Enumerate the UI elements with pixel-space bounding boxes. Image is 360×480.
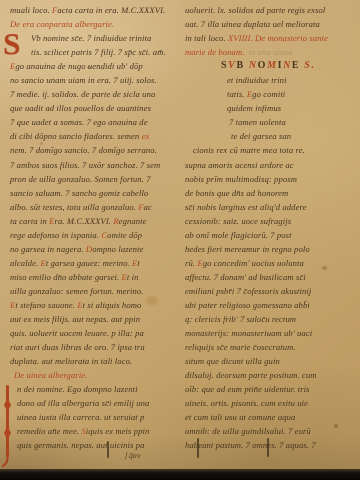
text-line: nobis prīm multimodisq: pposm (185, 172, 357, 186)
text-line: alcalde. Et garsea gauez: merino. Et (10, 256, 185, 270)
text-line: uinea iuxta illa carrera. ut seruiat p (10, 410, 185, 424)
text-line: ubi pater religioso gomessano abb̄i (185, 298, 357, 312)
text-line: et indiuidue trini (185, 73, 357, 87)
text-line: SVB NOMINE S. (185, 59, 357, 73)
text-line: situm que dicunt uilla guin (185, 354, 357, 368)
text-line: miso emilio dn̄o abbate garsei. Et in (10, 270, 185, 284)
rubric-line: marie de bonam. et una uinea (185, 45, 357, 59)
text-line: tatis. Ego comiti (185, 87, 357, 101)
text-line: cionis rex cū matre mea tota re. (185, 143, 357, 157)
text-line: Ego anauina de nugo uendidi ub' dōp (10, 59, 185, 73)
text-line: riat auri duas libras de oro. 7 ipsa tra (10, 340, 185, 354)
text-line: uineis. ortis. pisonis. cum exitu uie (185, 396, 357, 410)
text-line: et cum tali usu ut comune aqua (185, 410, 357, 424)
text-line: ta carta in Era. M.C.XXXVI. Regnante (10, 214, 185, 228)
text-line: Vb nomine sc̄e. 7 indiuidue trinita (10, 31, 185, 45)
text-line: dono ad illa albergaria sc̄i emilij una (10, 396, 185, 410)
text-line: 7 que uadet a somas. 7 ego anauina de (10, 115, 185, 129)
text-line: que uadit ad illos pouellos de auantines (10, 101, 185, 115)
text-line: quidem infimus (185, 101, 357, 115)
text-line: q: clericis frib' 7 saloc̄u rectum (185, 312, 357, 326)
decorated-initial-s: S (3, 29, 20, 59)
text-column-right: uoluerit. lx. solidos ad parte regis exs… (185, 3, 357, 453)
rubric-line: De uinea albergarie. (10, 368, 185, 382)
text-line: ab omī mole flagiciorū. 7 post (185, 228, 357, 242)
text-line: n dei nomine. Ego dompno lazenti (10, 382, 185, 396)
text-line: emiliani psbr̄i 7 c̄ofessoris akustinij (185, 284, 357, 298)
text-line: supna amoris acensi ardore ac (185, 158, 357, 172)
text-line: oīb: que ad eum ptin̄e uidentur. tris (185, 382, 357, 396)
text-line: nem. 7 domīgo sancio. 7 domīgo serrano. (10, 143, 185, 157)
text-line: te dei garsea san (185, 129, 357, 143)
text-line: duplata. aut meliorata in tali loco. (10, 354, 185, 368)
text-line: in tali loco. XVIIII. De monasterio sant… (185, 31, 357, 45)
text-line: quis. uoluerit uocem leuare. p illa: pa (10, 326, 185, 340)
text-line: uoluerit. lx. solidos ad parte regis exs… (185, 3, 357, 17)
text-line: muali loco. Facta carta in era. M.C.XXXV… (10, 3, 185, 17)
text-line: hedes fieri mereamur in regno polo (185, 242, 357, 256)
text-line: sc̄i nobis largitus est aliq'd addere (185, 200, 357, 214)
text-line: rū. Ego concedim' uocius uolunta (185, 256, 357, 270)
text-line: 7 tamen uolenta (185, 115, 357, 129)
text-line: aut ex meis filijs. aut nepas. aut ppin (10, 312, 185, 326)
text-line: rege adefonso in ispania. Comite dōp (10, 228, 185, 242)
text-line: no garsea in nagera. Dompno lazente (10, 242, 185, 256)
text-line: monasterijs: monasteriuam ub' uaci (185, 326, 357, 340)
text-line: cessionib: saiz. uoce sufragijs (185, 214, 357, 228)
text-line: di cibi dōpno sancio fiadores. semen ex (10, 129, 185, 143)
manuscript-photo: muali loco. Facta carta in era. M.C.XXXV… (0, 0, 360, 480)
text-line: pron de uilla gonzaluo. Somen fortun. 7 (10, 172, 185, 186)
text-line: 7 medie. ij. solidos. de parte de sicla … (10, 87, 185, 101)
text-line: dilsaluj. deorsum parte positum. cum (185, 368, 357, 382)
rubric-line: De era conparata albergarie. (10, 17, 185, 31)
text-line: uat. 7 illa uinea duplata uel meliorata (185, 17, 357, 31)
text-line: de bonis que dn̄s ad honorem (185, 186, 357, 200)
text-line: uilla gonzaluo: semen fortun. merino. (10, 284, 185, 298)
photo-black-edge (0, 469, 360, 480)
text-line: 7 ambos suos filios. 7 uxōr sanchoz. 7 s… (10, 158, 185, 172)
text-line: tis. scilicet patris 7 filij. 7 sp̄c sc̄… (10, 45, 185, 59)
text-line: reliquijs sc̄e marie c̄osecratum. (185, 340, 357, 354)
text-line: albo. sūt testes, tota uilla gonzaluo. F… (10, 200, 185, 214)
text-line: Et stefano sauone. Et si aliquis homo (10, 298, 185, 312)
text-line: affectu. 7 donam' ad basilicam sc̄i (185, 270, 357, 284)
text-line: no sancio unam uiam in era. 7 uiij. solo… (10, 73, 185, 87)
text-line: sancio saluam. 7 sancho gomiz cabello (10, 186, 185, 200)
text-column-left: muali loco. Facta carta in era. M.C.XXXV… (10, 3, 185, 453)
